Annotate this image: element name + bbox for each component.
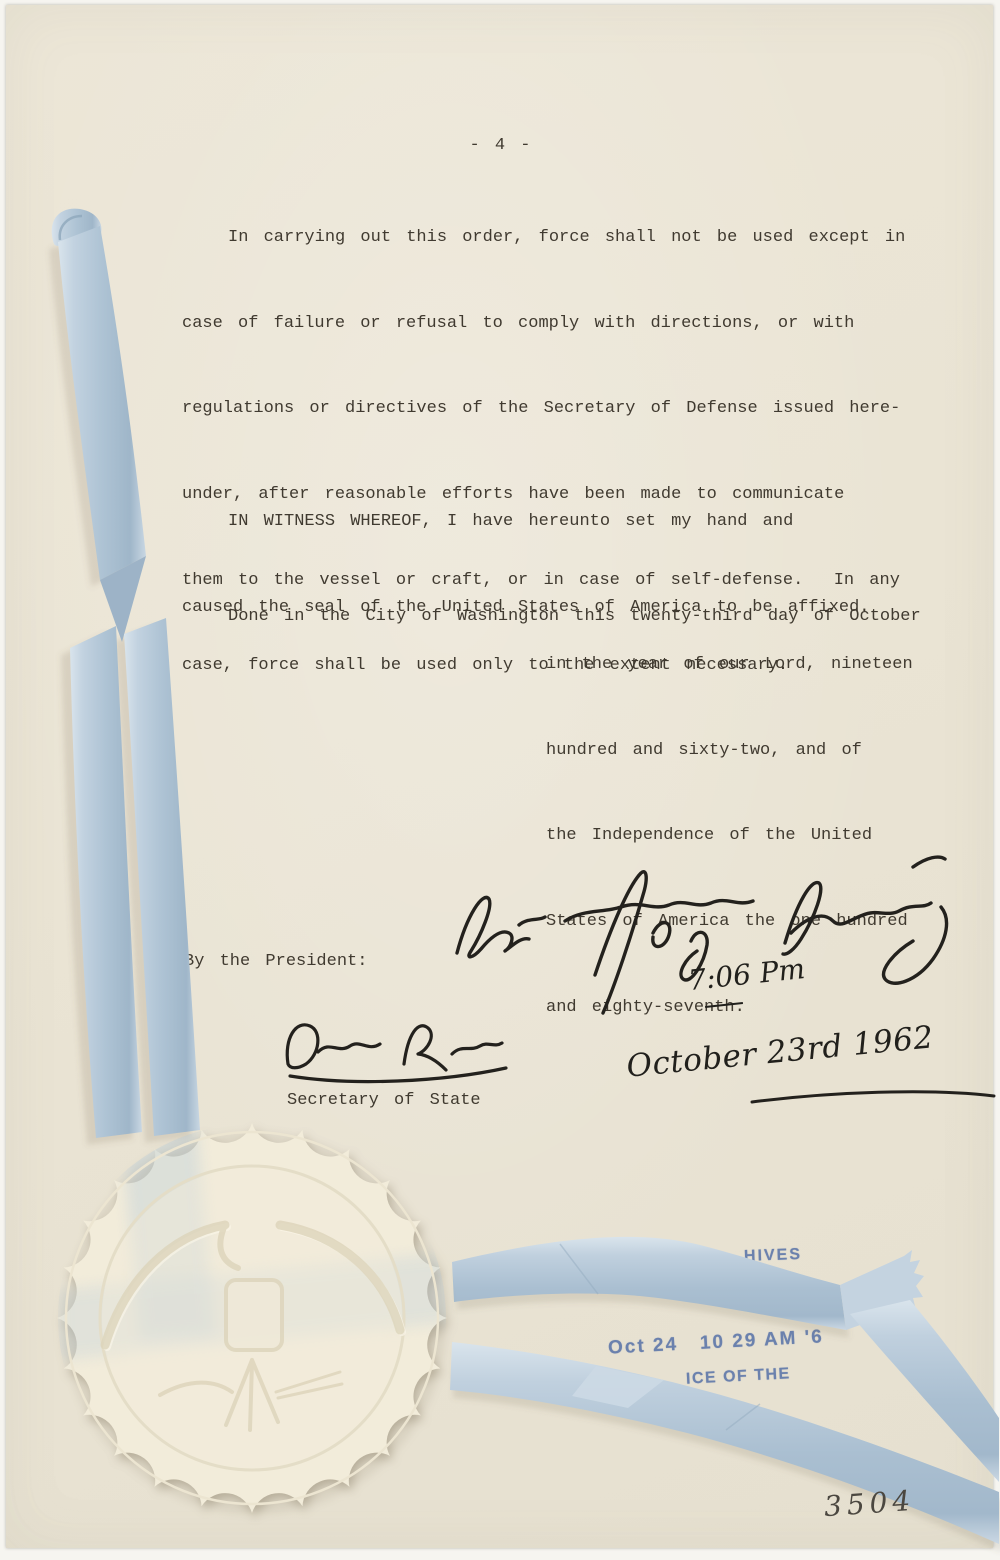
typed-line: in the year of our Lord, nineteen — [546, 655, 913, 703]
typed-line: IN WITNESS WHEREOF, I have hereunto set … — [182, 512, 870, 560]
typed-line: In carrying out this order, force shall … — [182, 228, 905, 276]
page-number: - 4 - — [0, 136, 1000, 155]
date-block: in the year of our Lord, nineteen hundre… — [546, 617, 913, 1083]
typed-line: case of failure or refusal to comply wit… — [182, 314, 905, 362]
typed-line: the Independence of the United — [546, 826, 913, 874]
archive-number-pencil: 3504 — [823, 1484, 916, 1523]
typed-line: States of America the one hundred — [546, 912, 913, 960]
photographed-document: - 4 - In carrying out this order, force … — [0, 0, 1000, 1560]
secretary-of-state-label: Secretary of State — [287, 1091, 481, 1110]
archives-stamp-fragment-top: HIVES — [744, 1246, 803, 1266]
by-the-president-label: By the President: — [184, 952, 367, 971]
typed-line: regulations or directives of the Secreta… — [182, 399, 905, 447]
typed-line: hundred and sixty-two, and of — [546, 741, 913, 789]
